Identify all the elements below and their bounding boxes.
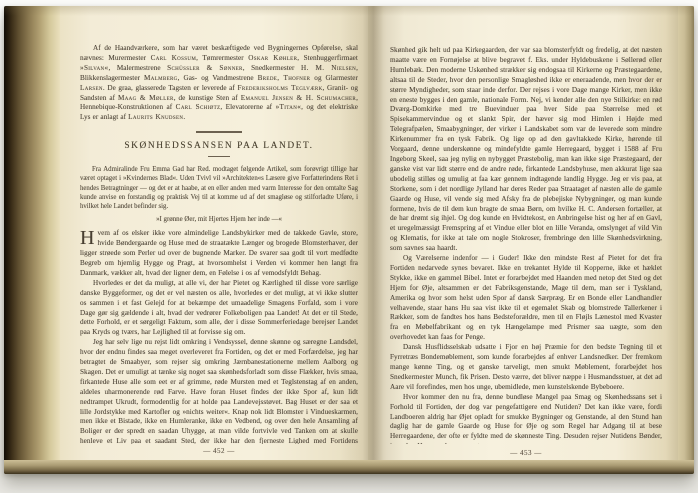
bottom-page-stack-edge bbox=[4, 460, 694, 474]
poem-quote: »I grønne Øer, mit Hjertes Hjem her inde… bbox=[80, 216, 358, 223]
right-page-text: Skønhed gik helt ud paa Kirkegaarden, de… bbox=[390, 46, 662, 444]
article-paragraph: Jeg har selv lige nu rejst lidt omkring … bbox=[80, 338, 358, 444]
article-paragraph: Hvem af os elsker ikke vore almindelige … bbox=[80, 229, 358, 279]
page-number-left: — 452 — bbox=[80, 447, 358, 455]
article-paragraph: Dansk Husflidsselskab udsatte i Fjor en … bbox=[390, 343, 662, 393]
editors-note: Fra Admiralinde Fru Emma Gad har Red. mo… bbox=[80, 165, 358, 211]
left-page-text: Af de Haandværkere, som har været beskæf… bbox=[80, 44, 358, 444]
article-paragraph: Hvor kommer den nu fra, denne bundløse M… bbox=[390, 393, 662, 444]
article-paragraph: Skønhed gik helt ud paa Kirkegaarden, de… bbox=[390, 46, 662, 254]
drop-cap: H bbox=[80, 230, 95, 246]
article-body: Hvem af os elsker ikke vore almindelige … bbox=[80, 229, 358, 444]
page-number-right: — 453 — bbox=[390, 449, 662, 457]
article-paragraph: Og Værelserne indenfor — i Guder! Ikke d… bbox=[390, 254, 662, 343]
article-title: SKØNHEDSSANSEN PAA LANDET. bbox=[80, 141, 358, 151]
workmen-paragraph: Af de Haandværkere, som har været beskæf… bbox=[80, 44, 358, 123]
section-divider-rule bbox=[196, 131, 242, 133]
article-paragraph: Hvorledes er det da muligt, at alle vi, … bbox=[80, 279, 358, 338]
book-spine-page-stack bbox=[4, 6, 60, 474]
title-underline-rule bbox=[208, 156, 230, 157]
paragraph-text: vem af os elsker ikke vore almindelige L… bbox=[80, 229, 358, 277]
book-photo: Af de Haandværkere, som har været beskæf… bbox=[0, 0, 698, 493]
right-page-stack-edge bbox=[678, 6, 694, 474]
